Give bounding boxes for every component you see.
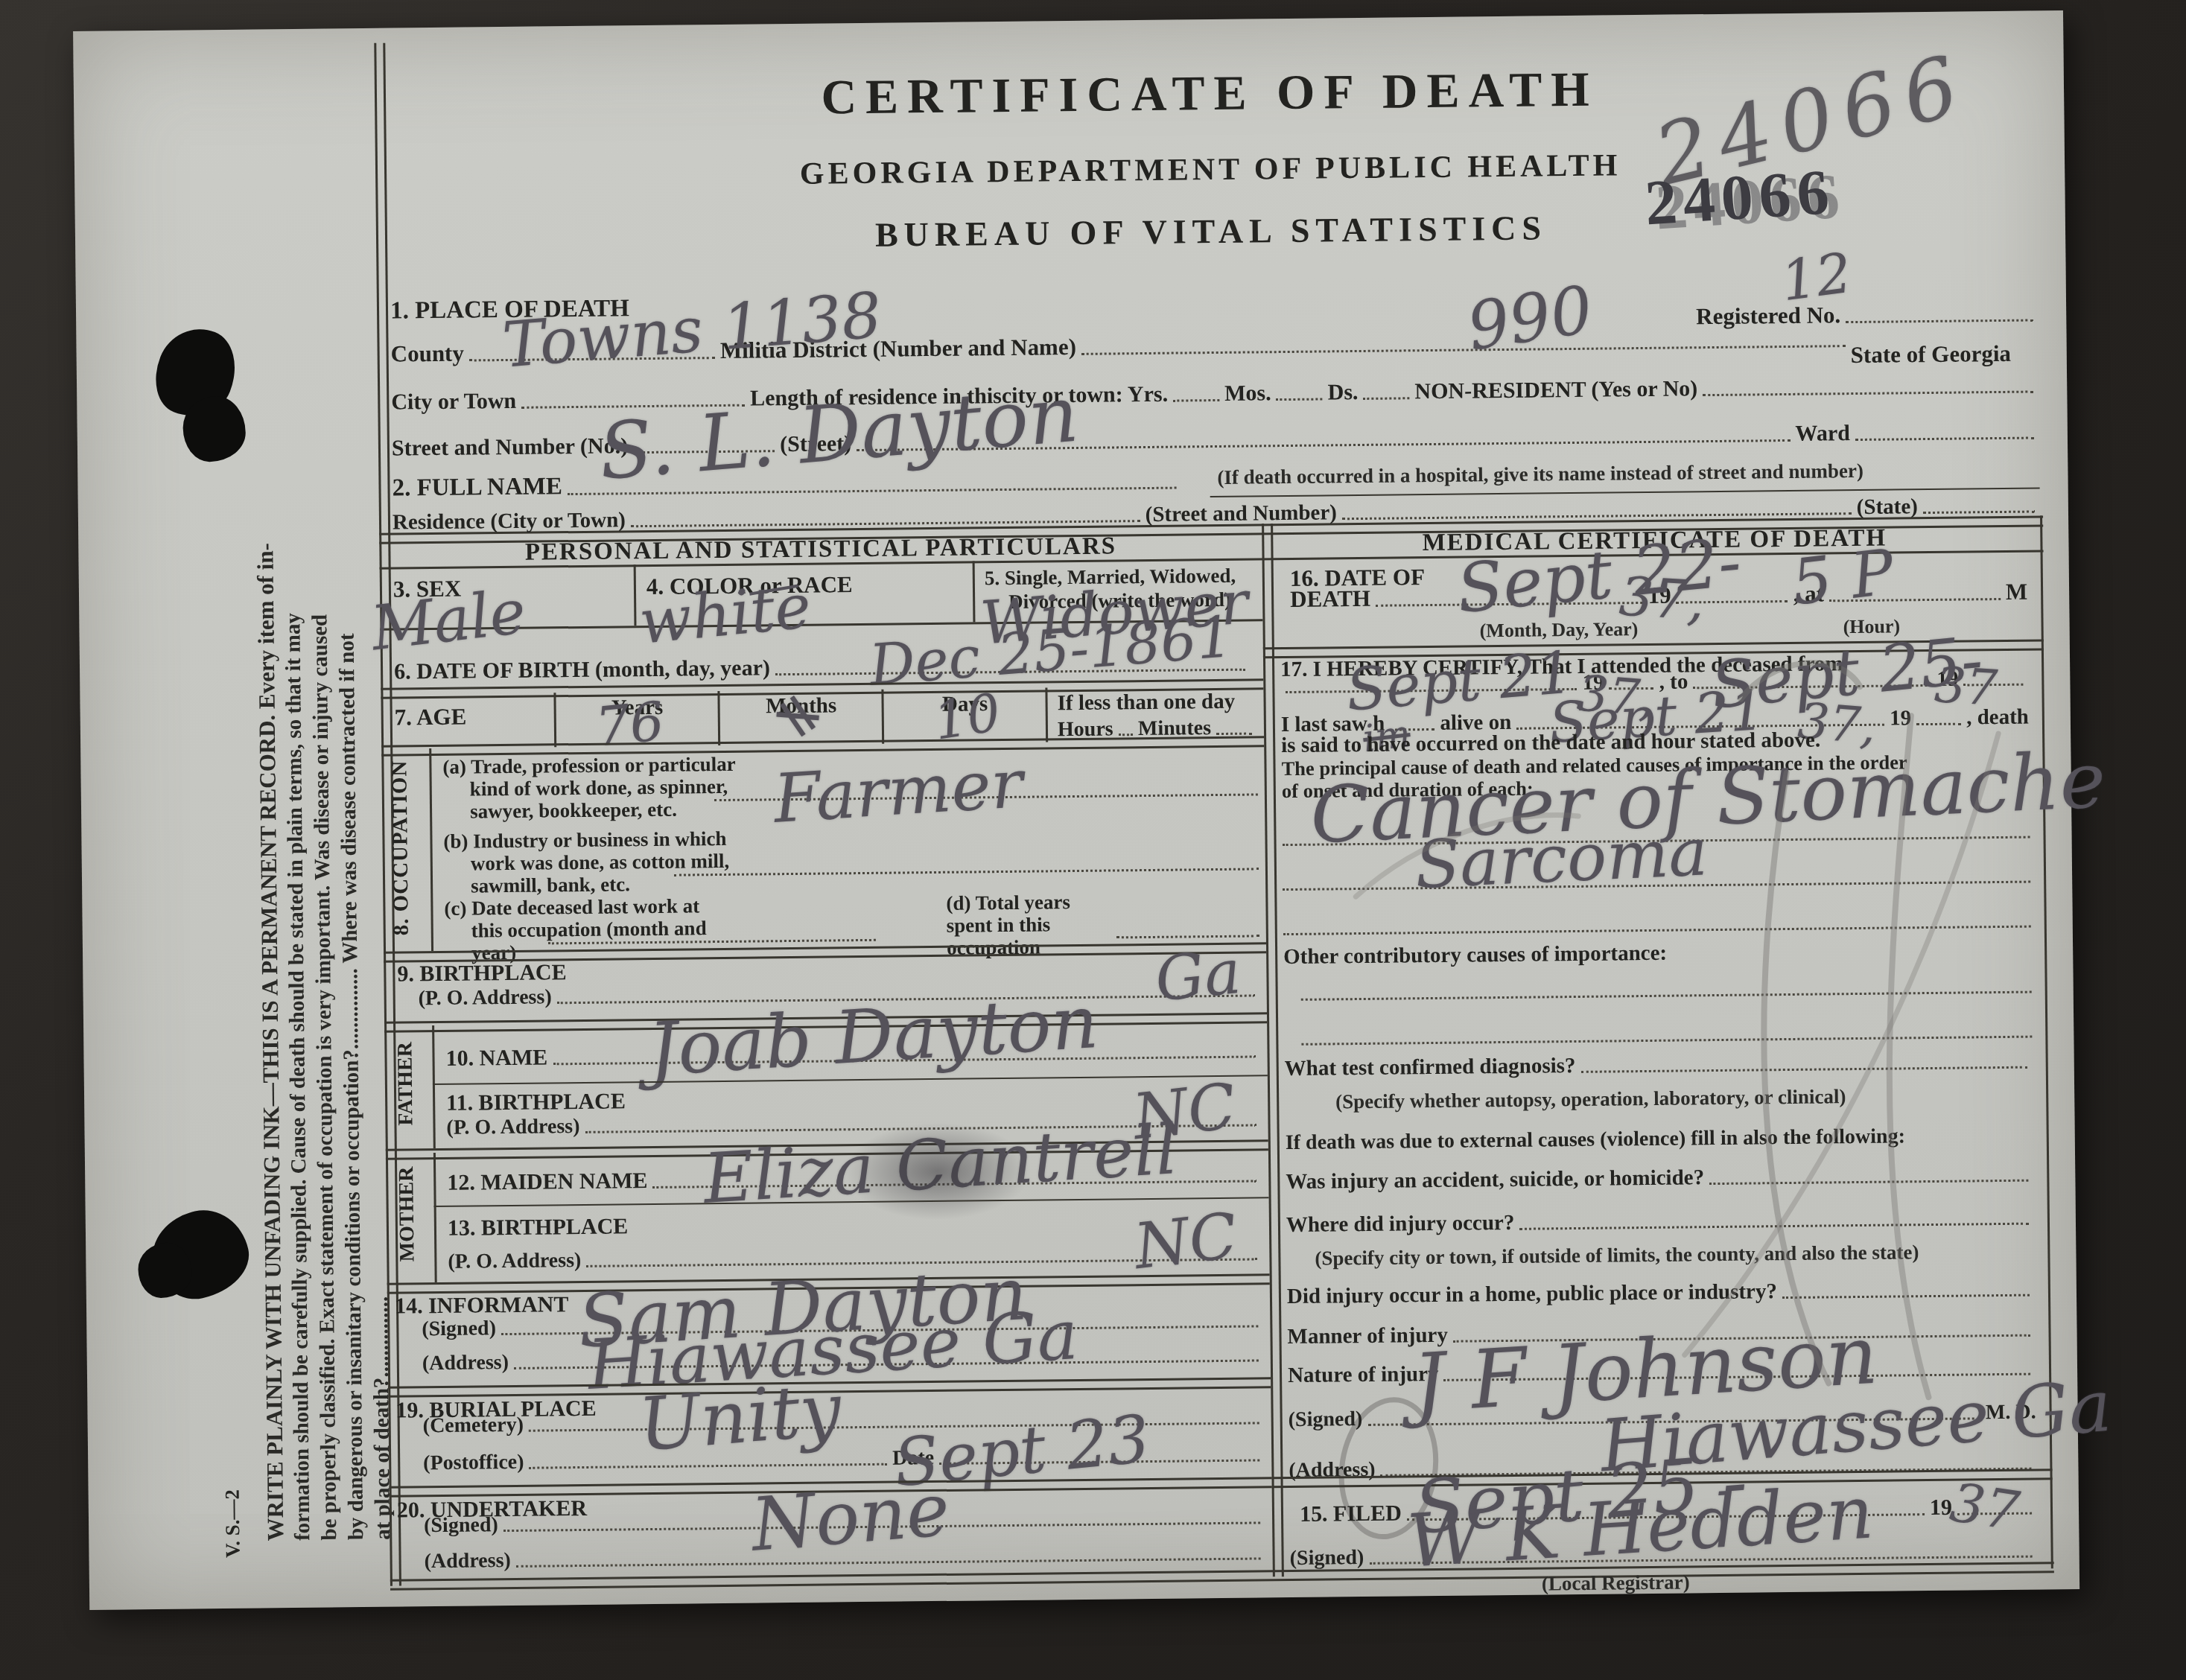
blank-line bbox=[1081, 345, 1846, 355]
month-day-year-sub: (Month, Day, Year) bbox=[1479, 618, 1638, 642]
full-name-label: 2. FULL NAME bbox=[392, 473, 562, 502]
certificate-paper: WRITE PLAINLY WITH UNFADING INK—THIS IS … bbox=[73, 10, 2079, 1610]
po-address-label: (P. O. Address) bbox=[419, 985, 552, 1011]
injury-home-label: Did injury occur in a home, public place… bbox=[1287, 1279, 1777, 1309]
test-confirmed-label: What test confirmed diagnosis? bbox=[1285, 1054, 1576, 1081]
mother-birthplace-value: NC bbox=[1131, 1204, 1241, 1278]
occupation-b-line3: sawmill, bank, etc. bbox=[471, 873, 630, 897]
blank-line bbox=[1916, 723, 1961, 726]
blank-line bbox=[1119, 734, 1133, 736]
informant-label: 14. INFORMANT bbox=[395, 1292, 569, 1319]
registered-no-value: 12 bbox=[1778, 246, 1855, 310]
father-birthplace-label: 11. BIRTHPLACE bbox=[446, 1089, 626, 1116]
cell-divider bbox=[432, 1025, 436, 1148]
blank-line bbox=[1173, 399, 1219, 402]
filed-label: 15. FILED bbox=[1300, 1501, 1402, 1527]
signed-label: (Signed) bbox=[1289, 1546, 1364, 1571]
signed-label: (Signed) bbox=[424, 1513, 498, 1538]
cause-of-death-secondary: Sarcoma bbox=[1414, 819, 1709, 898]
form-code: V. S.—2 bbox=[221, 1489, 245, 1558]
state-of-georgia-label: State of Georgia bbox=[1851, 340, 2012, 369]
father-name-label: 10. NAME bbox=[445, 1045, 547, 1071]
m-label: M bbox=[2006, 579, 2028, 605]
blank-line bbox=[1283, 926, 2031, 936]
ink-blot bbox=[182, 396, 246, 462]
occupation-c-line1: (c) Date deceased last work at bbox=[444, 894, 699, 920]
mother-maiden-name-label: 12. MAIDEN NAME bbox=[447, 1168, 647, 1196]
cell-divider bbox=[634, 564, 637, 626]
militia-district-value: 990 bbox=[1464, 277, 1597, 360]
cell-divider bbox=[973, 561, 976, 622]
occupation-d-line2: spent in this bbox=[947, 913, 1051, 937]
ward-label: Ward bbox=[1795, 421, 1850, 447]
stamped-certificate-number-ghost: 24066 bbox=[1653, 159, 1848, 245]
blank-line bbox=[1703, 391, 2033, 397]
blank-line bbox=[1116, 935, 1259, 938]
days-label: Ds. bbox=[1328, 380, 1359, 405]
age-label: 7. AGE bbox=[395, 704, 467, 731]
father-group-label: FATHER bbox=[393, 1028, 419, 1139]
cell-divider bbox=[553, 693, 556, 747]
mother-group-label: MOTHER bbox=[395, 1155, 420, 1273]
local-registrar-sub: (Local Registrar) bbox=[1542, 1571, 1690, 1595]
cemetery-label: (Cemetery) bbox=[423, 1413, 524, 1438]
divider-line bbox=[381, 736, 1264, 756]
accident-suicide-label: Was injury an accident, suicide, or homi… bbox=[1286, 1165, 1704, 1194]
attended-from-value: Sept 21 bbox=[1344, 643, 1575, 719]
blank-line bbox=[1216, 733, 1252, 736]
hour-of-death-value: 5 P bbox=[1789, 541, 1897, 614]
cell-divider bbox=[881, 690, 884, 744]
cell-divider bbox=[1045, 687, 1048, 742]
date-of-death-label2: DEATH bbox=[1290, 585, 1370, 613]
residence-street-label: (Street and Number) bbox=[1146, 500, 1338, 527]
test-confirmed-sub: (Specify whether autopsy, operation, lab… bbox=[1335, 1085, 1846, 1113]
cell-divider bbox=[717, 691, 720, 745]
residence-state-label: (State) bbox=[1857, 494, 1918, 520]
occupation-label: 8. OCCUPATION bbox=[387, 750, 414, 945]
blank-line bbox=[1301, 991, 2032, 1001]
occupation-c-line2: this occupation (month and bbox=[471, 917, 707, 942]
where-injury-label: Where did injury occur? bbox=[1286, 1211, 1515, 1238]
blank-line bbox=[1846, 319, 2033, 324]
dob-label: 6. DATE OF BIRTH (month, day, year) bbox=[394, 655, 770, 684]
po-address-label: (P. O. Address) bbox=[448, 1249, 581, 1274]
blank-line bbox=[1301, 1036, 2032, 1046]
signed-label: (Signed) bbox=[422, 1317, 496, 1341]
street-number-label: Street and Number (No.) bbox=[392, 433, 629, 461]
sex-value: Male bbox=[368, 582, 529, 660]
blank-line bbox=[1923, 510, 2035, 514]
birthplace-value: Ga bbox=[1153, 942, 1244, 1011]
external-causes-label: If death was due to external causes (vio… bbox=[1286, 1124, 1905, 1155]
other-contributory-label: Other contributory causes of importance: bbox=[1283, 941, 1667, 970]
po-address-label: (P. O. Address) bbox=[446, 1115, 579, 1140]
occupation-a-line3: sawyer, bookkeeper, etc. bbox=[470, 798, 677, 824]
occupation-a-value: Farmer bbox=[772, 751, 1025, 833]
margin-warning-text: WRITE PLAINLY WITH UNFADING INK—THIS IS … bbox=[247, 188, 396, 1541]
blank-line bbox=[1581, 1066, 2027, 1073]
address-label: (Address) bbox=[422, 1351, 509, 1375]
death-label: , death bbox=[1966, 705, 2029, 731]
city-or-town-label: City or Town bbox=[391, 389, 516, 416]
months-label: Mos. bbox=[1224, 381, 1271, 407]
postoffice-label: (Postoffice) bbox=[423, 1451, 524, 1475]
signed-label: (Signed) bbox=[1289, 1407, 1363, 1432]
address-label: (Address) bbox=[424, 1549, 510, 1574]
less-than-one-day-label: If less than one day bbox=[1057, 690, 1235, 716]
cell-divider bbox=[429, 748, 433, 951]
blank-line bbox=[631, 520, 1140, 527]
blank-line bbox=[516, 1557, 1261, 1567]
ink-smudge bbox=[845, 1122, 1032, 1221]
occupation-a-line2: kind of work done, as spinner, bbox=[470, 775, 728, 801]
hospital-note: (If death occurred in a hospital, give i… bbox=[1217, 459, 1863, 489]
blank-line bbox=[674, 868, 1259, 876]
county-label: County bbox=[390, 340, 464, 368]
birthplace-label: 9. BIRTHPLACE bbox=[397, 960, 567, 987]
printed-19: 19 bbox=[1890, 706, 1911, 731]
blank-line bbox=[1855, 437, 2034, 442]
filed-year: 37 bbox=[1947, 1475, 2022, 1539]
mother-birthplace-label: 13. BIRTHPLACE bbox=[448, 1214, 629, 1241]
residence-city-label: Residence (City or Town) bbox=[393, 508, 626, 535]
blank-line bbox=[1709, 1180, 2028, 1185]
cell-divider bbox=[433, 1153, 437, 1282]
occupation-b-line2: work was done, as cotton mill, bbox=[471, 850, 730, 876]
blank-line bbox=[530, 1463, 888, 1469]
occupation-d-line1: (d) Total years bbox=[946, 891, 1070, 915]
blank-line bbox=[1342, 512, 1852, 520]
scanned-death-certificate: WRITE PLAINLY WITH UNFADING INK—THIS IS … bbox=[0, 0, 2186, 1680]
blank-line bbox=[1364, 397, 1410, 400]
nonresident-label: NON-RESIDENT (Yes or No) bbox=[1414, 376, 1697, 404]
where-injury-sub: (Specify city or town, if outside of lim… bbox=[1315, 1241, 1919, 1270]
blank-line bbox=[1782, 1294, 2030, 1299]
blank-line bbox=[1519, 1223, 2029, 1230]
blank-line bbox=[1277, 398, 1323, 401]
